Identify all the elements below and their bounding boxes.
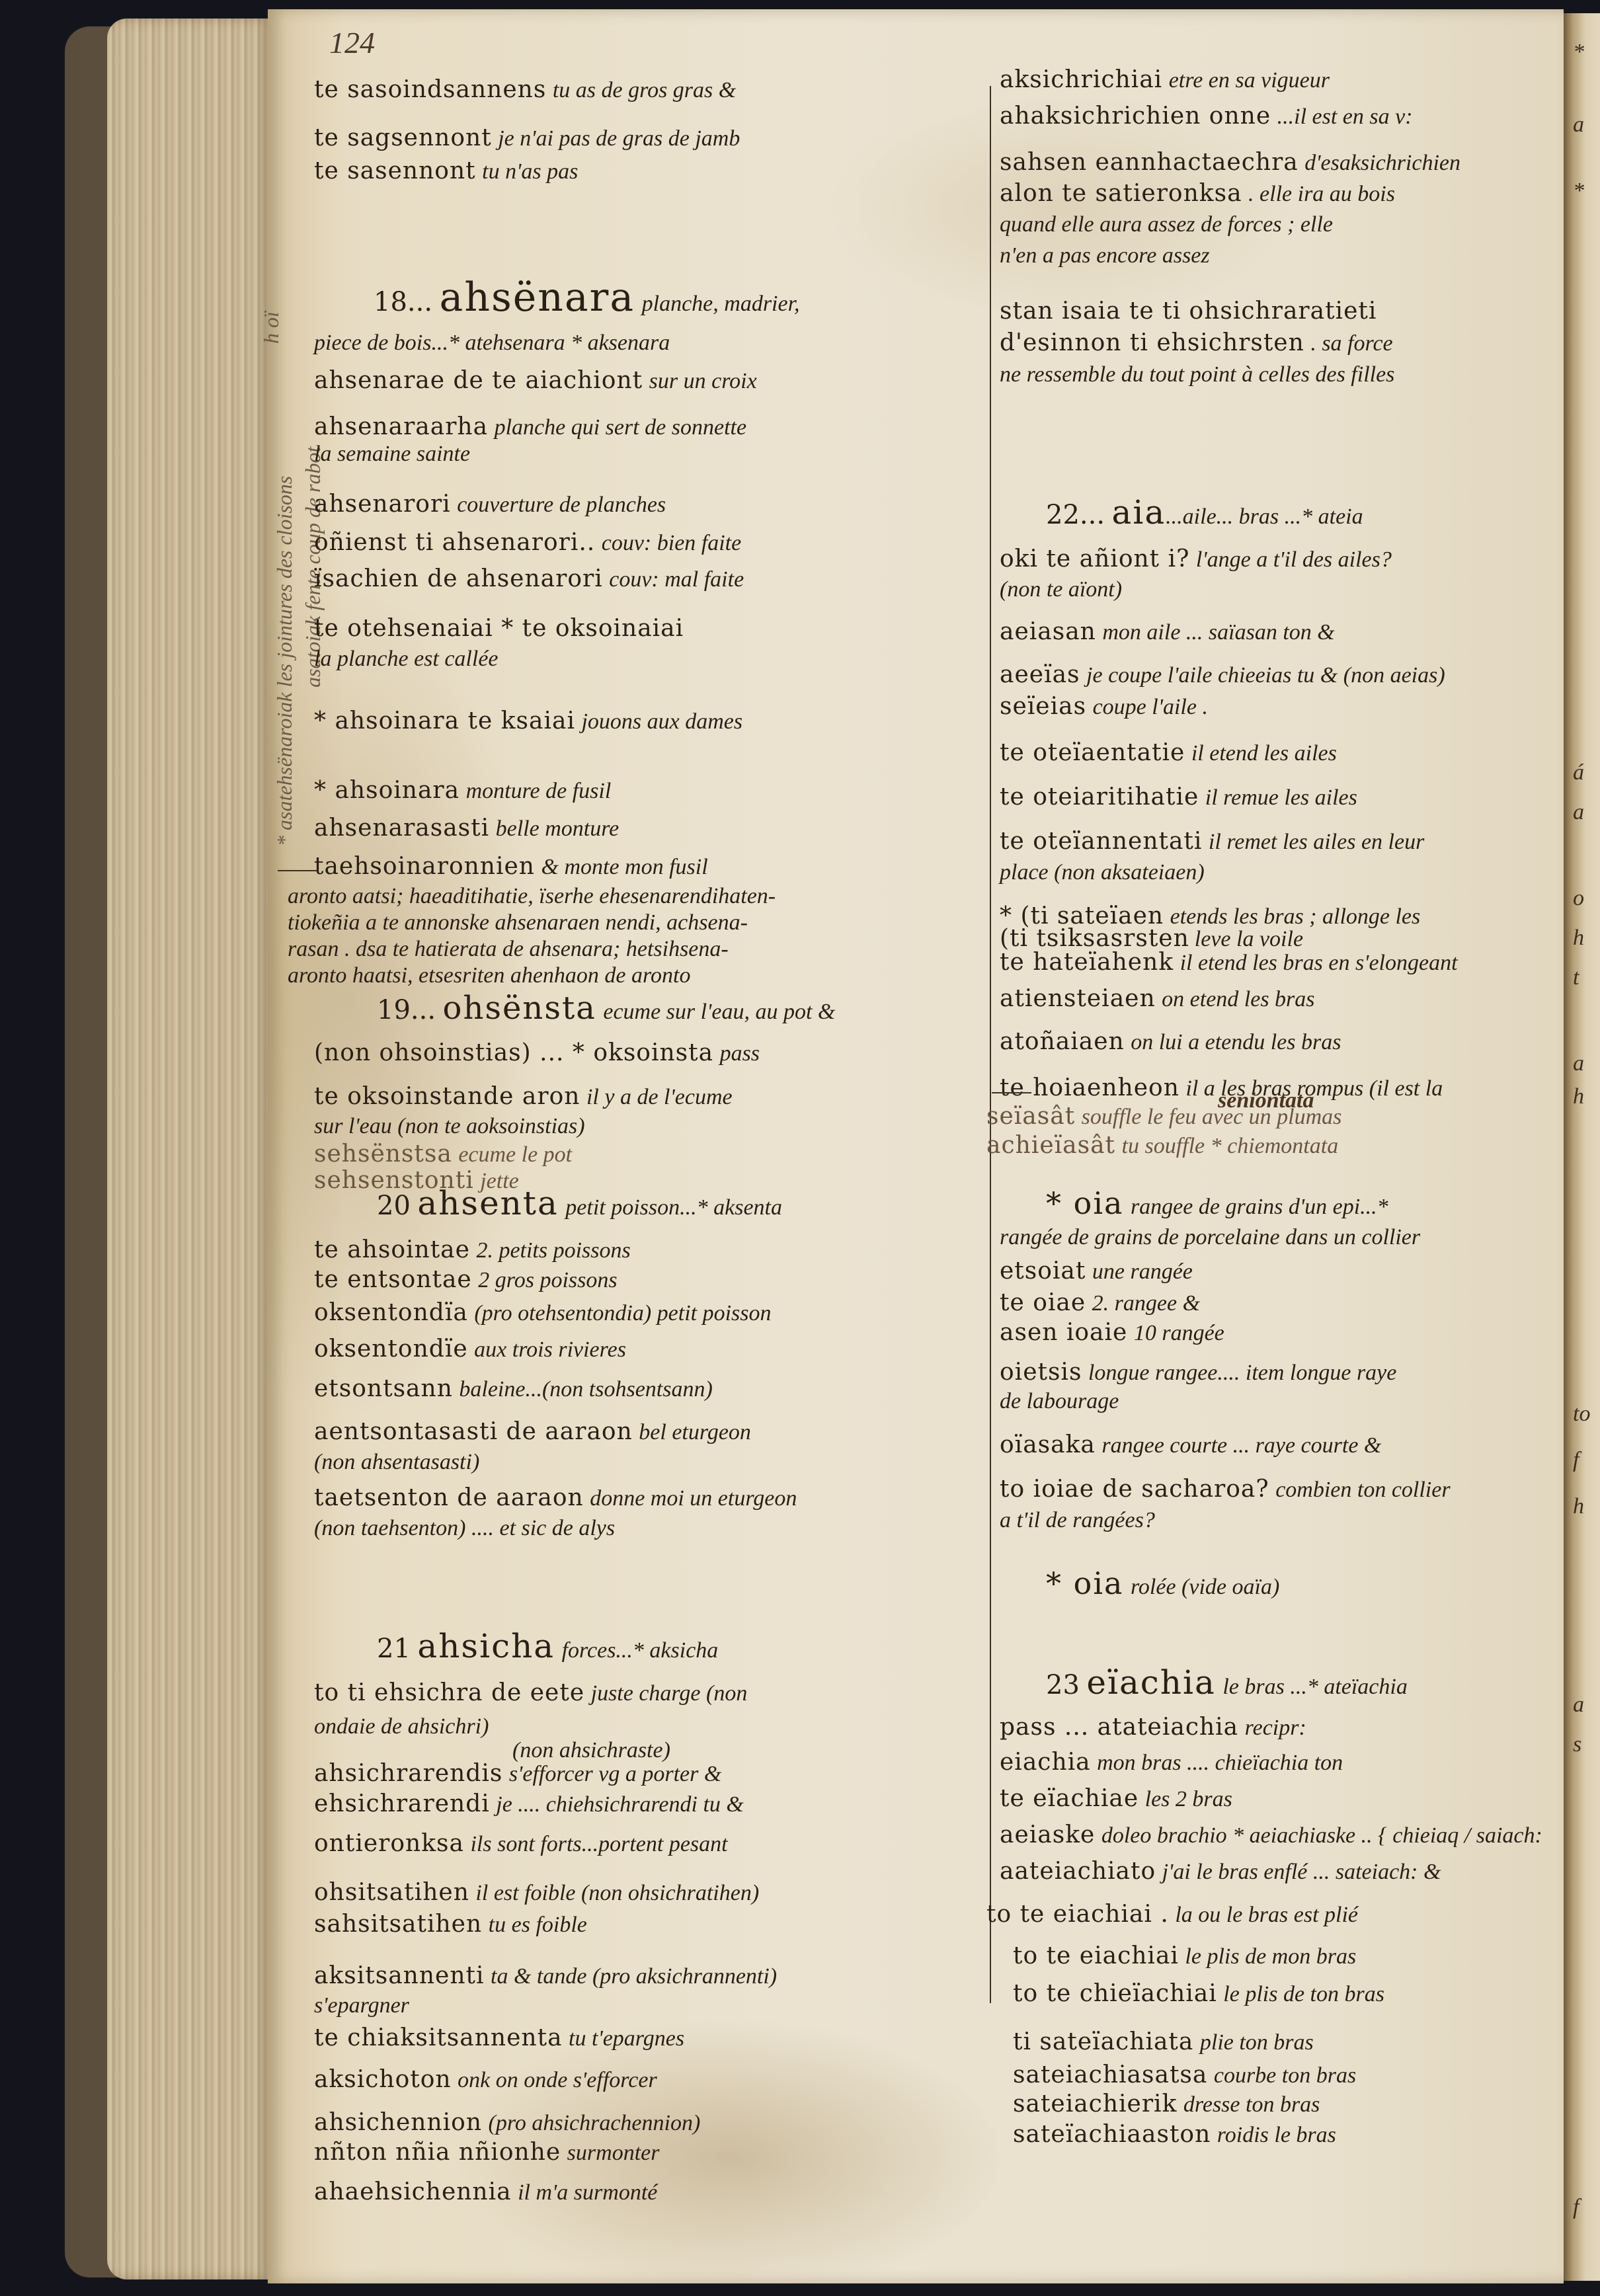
entry-line: to ti ehsichra de eete juste charge (non — [314, 1679, 747, 1707]
headword: oñienst ti ahsenarori.. — [314, 529, 595, 556]
entry-line: sateiachiasatsa courbe ton bras — [1013, 2061, 1356, 2089]
headword: te ahsointae — [314, 1236, 470, 1263]
gloss: jouons aux dames — [581, 709, 742, 734]
entry-heading-21: 21 ahsicha forces...* aksicha — [377, 1633, 718, 1664]
headword: aksitsannenti — [314, 1962, 485, 1989]
fragment: s — [1573, 1732, 1581, 1757]
entry-line: te eïachiae les 2 bras — [1000, 1785, 1232, 1813]
headword: oietsis — [1000, 1359, 1082, 1386]
entry-line: te oteïaentatie il etend les ailes — [1000, 739, 1337, 767]
headword: oksentondïe — [314, 1335, 468, 1363]
fragment: h — [1573, 926, 1584, 951]
entry-line: ti sateïachiata plie ton bras — [1013, 2028, 1314, 2056]
gloss: d'esaksichrichien — [1304, 151, 1460, 175]
lemma: * oia — [1046, 1565, 1123, 1601]
entry-line: aentsontasasti de aaraon bel eturgeon — [314, 1418, 751, 1446]
entry-heading-18: 18... ahsënara planche, madrier, — [374, 284, 800, 317]
gloss: n'en a pas encore assez — [1000, 243, 1210, 268]
gloss: le plis de ton bras — [1223, 1982, 1384, 2006]
headword: te oteïannentati — [1000, 828, 1202, 855]
fragment: o — [1573, 886, 1584, 911]
entry-line: te hateïahenk il etend les bras en s'elo… — [1000, 949, 1458, 976]
headword: atiensteiaen — [1000, 985, 1156, 1012]
headword: sateiachiasatsa — [1013, 2061, 1207, 2088]
entry-line: sehsënstsa ecume le pot — [314, 1140, 572, 1168]
headword: aksichoton — [314, 2066, 452, 2093]
headword: te oiae — [1000, 1289, 1086, 1316]
fragment: h — [1573, 1084, 1584, 1109]
gloss: belle monture — [496, 816, 620, 841]
headword: seïeias — [1000, 693, 1086, 720]
gloss: couverture de planches — [457, 493, 666, 517]
headword: te sasoindsannens — [314, 76, 546, 103]
gloss: bel eturgeon — [639, 1420, 751, 1445]
entry-line: pass ... atateiachia recipr: — [1000, 1714, 1306, 1741]
page-block-edges — [107, 19, 272, 2279]
entry-line: atiensteiaen on etend les bras — [1000, 985, 1315, 1013]
headword: ehsichrarendi — [314, 1790, 490, 1817]
gloss: il m'a surmonté — [518, 2180, 657, 2205]
entry-number: 19... — [377, 995, 436, 1025]
entry-line: etsoiat une rangée — [1000, 1257, 1193, 1285]
margin-note: h oï — [259, 311, 284, 344]
fragment: a — [1573, 112, 1584, 138]
gloss: 2 gros poissons — [478, 1268, 617, 1292]
column-divider — [990, 86, 991, 2003]
headword: alon te satieronksa — [1000, 180, 1242, 207]
headword: te oksoinstande aron — [314, 1083, 580, 1110]
entry-line: te sasennont tu n'as pas — [314, 157, 578, 185]
headword: aksichrichiai — [1000, 66, 1162, 93]
gloss: mon bras .... chieïachia ton — [1097, 1751, 1343, 1775]
entry-line: to te chieïachiai le plis de ton bras — [1013, 1980, 1384, 2008]
gloss: courbe ton bras — [1214, 2063, 1356, 2088]
gloss: rasan . dsa te hatierata de ahsenara; he… — [288, 937, 729, 961]
gloss: etre en sa vigueur — [1169, 68, 1330, 93]
insertion-mark — [278, 870, 317, 871]
headword: sahsen eannhactaechra — [1000, 149, 1299, 176]
insertion-mark — [992, 1092, 1031, 1093]
fragment: á — [1573, 760, 1584, 785]
entry-line: ahsichennion (pro ahsichrachennion) — [314, 2109, 700, 2137]
entry-line: ahsenarasasti belle monture — [314, 814, 619, 842]
entry-line: la planche est callée — [314, 645, 499, 672]
entry-line: s'epargner — [314, 1991, 409, 2019]
gloss: place (non aksateiaen) — [1000, 860, 1205, 885]
headword: sateïachiaaston — [1013, 2121, 1211, 2148]
gloss: couv: mal faite — [609, 567, 744, 592]
gloss: & monte mon fusil — [541, 855, 708, 879]
lemma: eïachia — [1086, 1663, 1215, 1702]
entry-number: 21 — [377, 1634, 411, 1664]
entry-line: to te eiachiai . la ou le bras est plié — [986, 1901, 1358, 1928]
headword: aeeïas — [1000, 661, 1080, 688]
entry-line: aronto haatsi, etsesriten ahenhaon de ar… — [288, 962, 690, 989]
gloss: 10 rangée — [1134, 1321, 1224, 1345]
gloss: je coupe l'aile chieeias tu & (non aeias… — [1086, 663, 1445, 688]
entry-line: taehsoinaronnien & monte mon fusil — [314, 853, 708, 881]
gloss: seniontata — [1218, 1088, 1314, 1113]
entry-line: rangée de grains de porcelaine dans un c… — [1000, 1223, 1420, 1251]
headword: te eïachiae — [1000, 1785, 1139, 1812]
entry-line: ïsachien de ahsenarori couv: mal faite — [314, 565, 744, 593]
gloss: il remue les ailes — [1205, 785, 1357, 810]
headword: te hateïahenk — [1000, 949, 1174, 976]
headword: sateiachierik — [1013, 2090, 1177, 2118]
gloss: . elle ira au bois — [1248, 182, 1395, 206]
gloss: il remet les ailes en leur — [1209, 830, 1424, 854]
entry-line: place (non aksateiaen) — [1000, 858, 1205, 886]
headword: ahaksichrichien onne — [1000, 102, 1271, 130]
gloss: planche, madrier, — [642, 292, 800, 316]
gloss: ...aile... bras ...* ateia — [1166, 504, 1363, 529]
gloss: mon aile ... saïasan ton & — [1102, 620, 1334, 645]
gloss: couv: bien faite — [602, 531, 741, 555]
headword: ahsenarori — [314, 491, 451, 518]
entry-line: rasan . dsa te hatierata de ahsenara; he… — [288, 935, 729, 963]
entry-line: etsontsann baleine...(non tsohsentsann) — [314, 1375, 713, 1403]
gloss: le bras ...* ateïachia — [1222, 1675, 1408, 1699]
headword: ahaehsichennia — [314, 2178, 512, 2205]
headword: ti sateïachiata — [1013, 2028, 1193, 2055]
entry-heading-19: 19... ohsënsta ecume sur l'eau, au pot & — [377, 995, 835, 1025]
gloss: les 2 bras — [1145, 1787, 1232, 1811]
gloss: combien ton collier — [1275, 1478, 1450, 1502]
gloss: ondaie de ahsichri) — [314, 1714, 489, 1739]
overwritten-word: seniontata — [1218, 1088, 1314, 1115]
entry-number: 18... — [374, 287, 432, 317]
gloss: (pro otehsentondia) petit poisson — [474, 1301, 771, 1326]
gloss: planche qui sert de sonnette — [495, 415, 746, 440]
entry-line: oksentondïa (pro otehsentondia) petit po… — [314, 1299, 772, 1327]
gloss: rangée de grains de porcelaine dans un c… — [1000, 1225, 1420, 1249]
headword: (ti tsiksasrsten — [1000, 925, 1189, 952]
headword: pass ... atateiachia — [1000, 1714, 1238, 1741]
adjacent-page-strip: * a * á a o h t a h to f h a s f — [1564, 13, 1600, 2281]
entry-line: (non te aïont) — [1000, 575, 1122, 603]
gloss: la semaine sainte — [314, 442, 470, 466]
gloss: s'efforcer vg a porter & — [509, 1762, 721, 1786]
headword: sehsënstsa — [314, 1140, 452, 1168]
gloss: le plis de mon bras — [1185, 1944, 1356, 1969]
gloss: longue rangee.... item longue raye — [1088, 1361, 1396, 1385]
entry-line: a t'il de rangées? — [1000, 1506, 1155, 1534]
gloss: surmonter — [567, 2141, 660, 2165]
entry-line: * ahsoinara te ksaiai jouons aux dames — [314, 707, 742, 735]
gloss: je .... chiehsichrarendi tu & — [496, 1792, 744, 1817]
gloss: (non taehsenton) .... et sic de alys — [314, 1516, 615, 1540]
gloss: aux trois rivieres — [474, 1337, 626, 1362]
entry-line: atoñaiaen on lui a etendu les bras — [1000, 1028, 1341, 1056]
gloss: coupe l'aile . — [1093, 695, 1208, 719]
entry-line: te otehsenaiai * te oksoinaiai — [314, 615, 684, 642]
headword: d'esinnon ti ehsichrsten — [1000, 329, 1304, 356]
headword: to te eiachiai — [1013, 1942, 1179, 1969]
gloss: petit poisson...* aksenta — [565, 1195, 782, 1220]
entry-line: te oteïannentati il remet les ailes en l… — [1000, 828, 1424, 855]
entry-line: aronto aatsi; haeaditihatie, ïserhe ehes… — [288, 883, 776, 910]
headword: ohsitsatihen — [314, 1879, 469, 1906]
gloss: sur l'eau (non te aoksoinstias) — [314, 1114, 585, 1138]
gloss: de labourage — [1000, 1389, 1119, 1413]
fragment: f — [1573, 1448, 1579, 1473]
entry-line: te sagsennont je n'ai pas de gras de jam… — [314, 124, 740, 152]
gloss: tiokeñia a te annonske ahsenaraen nendi,… — [288, 910, 748, 935]
gloss: il y a de l'ecume — [586, 1085, 733, 1109]
gloss: forces...* aksicha — [562, 1638, 719, 1663]
gloss: rangee de grains d'un epi...* — [1131, 1195, 1388, 1219]
gloss: recipr: — [1245, 1716, 1306, 1740]
headword: ahsichrarendis — [314, 1760, 502, 1787]
entry-line: quand elle aura assez de forces ; elle — [1000, 210, 1333, 238]
entry-line: ondaie de ahsichri) — [314, 1712, 489, 1740]
lemma: ahsenta — [417, 1184, 558, 1222]
entry-line: ahsenarori couverture de planches — [314, 491, 666, 518]
headword: te sagsennont — [314, 124, 492, 151]
headword: eiachia — [1000, 1749, 1091, 1776]
lemma: ahsënara — [440, 274, 635, 321]
headword: te hoiaenheon — [1000, 1074, 1180, 1101]
entry-number: 23 — [1046, 1670, 1080, 1700]
entry-line: nñton nñia nñionhe surmonter — [314, 2139, 659, 2166]
gloss: quand elle aura assez de forces ; elle — [1000, 212, 1333, 237]
headword: aateiachiato — [1000, 1858, 1156, 1885]
headword: te chiaksitsannenta — [314, 2024, 563, 2051]
gloss: onk on onde s'efforcer — [458, 2068, 657, 2092]
lemma: ohsënsta — [443, 990, 596, 1027]
entry-line: te entsontae 2 gros poissons — [314, 1266, 618, 1294]
headword: oksentondïa — [314, 1299, 468, 1326]
gloss: ecume sur l'eau, au pot & — [603, 1000, 835, 1024]
margin-note: * asatehsënaroiak les jointures des cloi… — [272, 476, 297, 846]
headword: ïsachien de ahsenarori — [314, 565, 603, 592]
entry-line: (non taehsenton) .... et sic de alys — [314, 1514, 615, 1542]
entry-line: aeeïas je coupe l'aile chieeias tu & (no… — [1000, 661, 1445, 689]
fragment: a — [1573, 1051, 1584, 1076]
gloss: leve la voile — [1195, 927, 1303, 951]
gloss: il etend les ailes — [1191, 741, 1337, 766]
headword: * ahsoinara te ksaiai — [314, 707, 575, 734]
headword: to ioiae de sacharoa? — [1000, 1476, 1269, 1503]
entry-line: aateiachiato j'ai le bras enflé ... sate… — [1000, 1858, 1441, 1885]
lemma: aia — [1112, 493, 1166, 532]
fragment: * — [1573, 40, 1584, 65]
entry-line: aksichrichiai etre en sa vigueur — [1000, 66, 1330, 94]
gloss: . sa force — [1310, 331, 1392, 356]
entry-line: oïasaka rangee courte ... raye courte & — [1000, 1431, 1381, 1459]
gloss: s'epargner — [314, 1993, 409, 2018]
entry-line: (non ahsentasasti) — [314, 1448, 479, 1476]
headword: to te eiachiai . — [986, 1901, 1169, 1928]
entry-line: seïeias coupe l'aile . — [1000, 693, 1208, 721]
entry-line: asen ioaie 10 rangée — [1000, 1319, 1224, 1347]
entry-line: te ahsointae 2. petits poissons — [314, 1236, 631, 1264]
gloss: ta & tande (pro aksichrannenti) — [491, 1964, 777, 1989]
entry-line: ne ressemble du tout point à celles des … — [1000, 360, 1394, 388]
entry-line: aksitsannenti ta & tande (pro aksichrann… — [314, 1962, 777, 1990]
entry-line: stan isaia te ti ohsichraratieti — [1000, 297, 1377, 325]
gloss: aronto aatsi; haeaditihatie, ïserhe ehes… — [288, 884, 776, 908]
gloss: aronto haatsi, etsesriten ahenhaon de ar… — [288, 963, 690, 988]
fragment: * — [1573, 178, 1584, 204]
gloss: tu n'as pas — [482, 159, 578, 184]
lemma: ahsicha — [417, 1627, 555, 1665]
gloss: (non te aïont) — [1000, 577, 1122, 602]
gloss: tu es foible — [489, 1913, 587, 1937]
headword: seïasât — [986, 1103, 1075, 1130]
gloss: l'ange a t'il des ailes? — [1196, 547, 1392, 572]
gloss: ...il est en sa v: — [1277, 104, 1413, 129]
headword: asen ioaie — [1000, 1319, 1127, 1346]
entry-number: 22... — [1046, 500, 1105, 530]
gloss: doleo brachio * aeiachiaske .. { chieiaq… — [1101, 1823, 1542, 1848]
entry-line: aksichoton onk on onde s'efforcer — [314, 2066, 657, 2094]
entry-line: ahsichrarendis s'efforcer vg a porter & — [314, 1760, 721, 1788]
entry-line: sahsitsatihen tu es foible — [314, 1911, 587, 1938]
fragment: to — [1573, 1402, 1590, 1427]
headword: etsoiat — [1000, 1257, 1086, 1285]
entry-heading-oia-2: * oia rolée (vide oaïa) — [1046, 1570, 1279, 1601]
gloss: monture de fusil — [466, 779, 612, 803]
entry-line: aeiaske doleo brachio * aeiachiaske .. {… — [1000, 1821, 1542, 1849]
entry-line: te oiae 2. rangee & — [1000, 1289, 1200, 1317]
gloss: 2. rangee & — [1092, 1291, 1200, 1316]
entry-line: aeiasan mon aile ... saïasan ton & — [1000, 618, 1335, 646]
entry-line: te oteiaritihatie il remue les ailes — [1000, 783, 1357, 811]
entry-line: n'en a pas encore assez — [1000, 241, 1210, 269]
headword: atoñaiaen — [1000, 1028, 1125, 1055]
headword: ahsenaraarha — [314, 413, 488, 440]
headword: ahsichennion — [314, 2109, 482, 2136]
gloss: plie ton bras — [1200, 2030, 1314, 2055]
gloss: la ou le bras est plié — [1175, 1903, 1358, 1927]
gloss: tu souffle * chiemontata — [1122, 1134, 1339, 1158]
headword: sahsitsatihen — [314, 1911, 482, 1938]
gloss: je n'ai pas de gras de jamb — [498, 126, 740, 151]
headword: aeiaske — [1000, 1821, 1095, 1848]
gloss: ne ressemble du tout point à celles des … — [1000, 362, 1394, 387]
headword: etsontsann — [314, 1375, 453, 1402]
entry-line: taetsenton de aaraon donne moi un eturge… — [314, 1484, 797, 1512]
gloss: tu as de gros gras & — [553, 78, 736, 102]
gloss: pass — [720, 1041, 760, 1066]
headword: stan isaia te ti ohsichraratieti — [1000, 297, 1377, 325]
headword: te otehsenaiai * te oksoinaiai — [314, 615, 684, 642]
gloss: tu t'epargnes — [569, 2026, 684, 2051]
gloss: j'ai le bras enflé ... sateiach: & — [1162, 1860, 1441, 1884]
entry-line: sateiachierik dresse ton bras — [1013, 2090, 1320, 2118]
entry-heading-22: 22... aia...aile... bras ...* ateia — [1046, 499, 1363, 530]
gloss: roidis le bras — [1217, 2123, 1336, 2147]
fragment: h — [1573, 1494, 1584, 1519]
gloss: (pro ahsichrachennion) — [489, 2111, 701, 2135]
fragment: t — [1573, 965, 1579, 990]
gloss: rangee courte ... raye courte & — [1101, 1433, 1381, 1458]
entry-line: la semaine sainte — [314, 440, 470, 467]
gloss: rolée (vide oaïa) — [1131, 1575, 1279, 1599]
entry-line: ahaksichrichien onne ...il est en sa v: — [1000, 102, 1413, 130]
entry-line: ahaehsichennia il m'a surmonté — [314, 2178, 657, 2206]
entry-line: oki te añiont i? l'ange a t'il des ailes… — [1000, 545, 1392, 573]
entry-line: to ioiae de sacharoa? combien ton collie… — [1000, 1476, 1451, 1503]
fragment: a — [1573, 800, 1584, 825]
gloss: dresse ton bras — [1183, 2092, 1320, 2117]
headword: ahsenarasasti — [314, 814, 489, 842]
headword: taehsoinaronnien — [314, 853, 535, 880]
headword: aeiasan — [1000, 618, 1096, 645]
headword: (non ohsoinstias) ... * oksoinsta — [314, 1039, 713, 1066]
page-number: 124 — [329, 25, 375, 60]
entry-line: de labourage — [1000, 1387, 1119, 1415]
entry-line: ahsenarae de te aiachiont sur un croix — [314, 367, 757, 395]
entry-line: to te eiachiai le plis de mon bras — [1013, 1942, 1356, 1970]
entry-number: 20 — [377, 1191, 411, 1221]
gloss: ecume le pot — [458, 1142, 572, 1167]
headword: ahsenarae de te aiachiont — [314, 367, 643, 394]
gloss: (non ahsentasasti) — [314, 1450, 479, 1474]
entry-line: ahsenaraarha planche qui sert de sonnett… — [314, 413, 746, 441]
headword: ontieronksa — [314, 1830, 464, 1857]
entry-heading-23: 23 eïachia le bras ...* ateïachia — [1046, 1669, 1408, 1700]
gloss: 2. petits poissons — [476, 1238, 630, 1263]
gloss: donne moi un eturgeon — [590, 1486, 797, 1511]
entry-line: achieïasât tu souffle * chiemontata — [986, 1132, 1338, 1160]
gloss: la planche est callée — [314, 647, 499, 671]
headword: achieïasât — [986, 1132, 1115, 1159]
headword: nñton nñia nñionhe — [314, 2139, 561, 2166]
entry-heading-20: 20 ahsenta petit poisson...* aksenta — [377, 1190, 782, 1221]
entry-line: sahsen eannhactaechra d'esaksichrichien — [1000, 149, 1460, 177]
entry-line: tiokeñia a te annonske ahsenaraen nendi,… — [288, 909, 748, 936]
entry-line: te chiaksitsannenta tu t'epargnes — [314, 2024, 684, 2052]
gloss: ils sont forts...portent pesant — [470, 1832, 727, 1856]
gloss: on lui a etendu les bras — [1131, 1030, 1341, 1054]
entry-line: sateïachiaaston roidis le bras — [1013, 2121, 1336, 2149]
gloss: juste charge (non — [591, 1681, 748, 1706]
entry-line: ontieronksa ils sont forts...portent pes… — [314, 1830, 728, 1858]
gloss: piece de bois...* atehsenara * aksenara — [314, 331, 670, 355]
fragment: a — [1573, 1692, 1584, 1718]
headword: te sasennont — [314, 157, 476, 184]
headword: te entsontae — [314, 1266, 472, 1293]
headword: te oteïaentatie — [1000, 739, 1185, 766]
headword: aentsontasasti de aaraon — [314, 1418, 633, 1445]
entry-line: ohsitsatihen il est foible (non ohsichra… — [314, 1879, 759, 1907]
entry-line: eiachia mon bras .... chieïachia ton — [1000, 1749, 1343, 1776]
gloss: baleine...(non tsohsentsann) — [459, 1377, 712, 1402]
gloss: (non ahsichraste) — [512, 1738, 670, 1762]
headword: to ti ehsichra de eete — [314, 1679, 584, 1706]
headword: oki te añiont i? — [1000, 545, 1189, 573]
entry-line: te sasoindsannens tu as de gros gras & — [314, 76, 736, 104]
gloss: on etend les bras — [1162, 987, 1314, 1011]
entry-line: alon te satieronksa . elle ira au bois — [1000, 180, 1395, 208]
entry-line: d'esinnon ti ehsichrsten . sa force — [1000, 329, 1393, 357]
entry-line: * ahsoinara monture de fusil — [314, 777, 611, 805]
entry-line: sur l'eau (non te aoksoinstias) — [314, 1112, 585, 1140]
gloss: sur un croix — [649, 369, 757, 393]
entry-line: oksentondïe aux trois rivieres — [314, 1335, 626, 1363]
headword: oïasaka — [1000, 1431, 1096, 1458]
lemma: * oia — [1046, 1185, 1123, 1221]
headword: te oteiaritihatie — [1000, 783, 1199, 811]
gloss: une rangée — [1092, 1259, 1193, 1284]
headword: * ahsoinara — [314, 777, 460, 804]
gloss: a t'il de rangées? — [1000, 1508, 1155, 1532]
entry-line: oñienst ti ahsenarori.. couv: bien faite — [314, 529, 741, 557]
headword: to te chieïachiai — [1013, 1980, 1217, 2007]
entry-line: piece de bois...* atehsenara * aksenara — [314, 329, 670, 356]
